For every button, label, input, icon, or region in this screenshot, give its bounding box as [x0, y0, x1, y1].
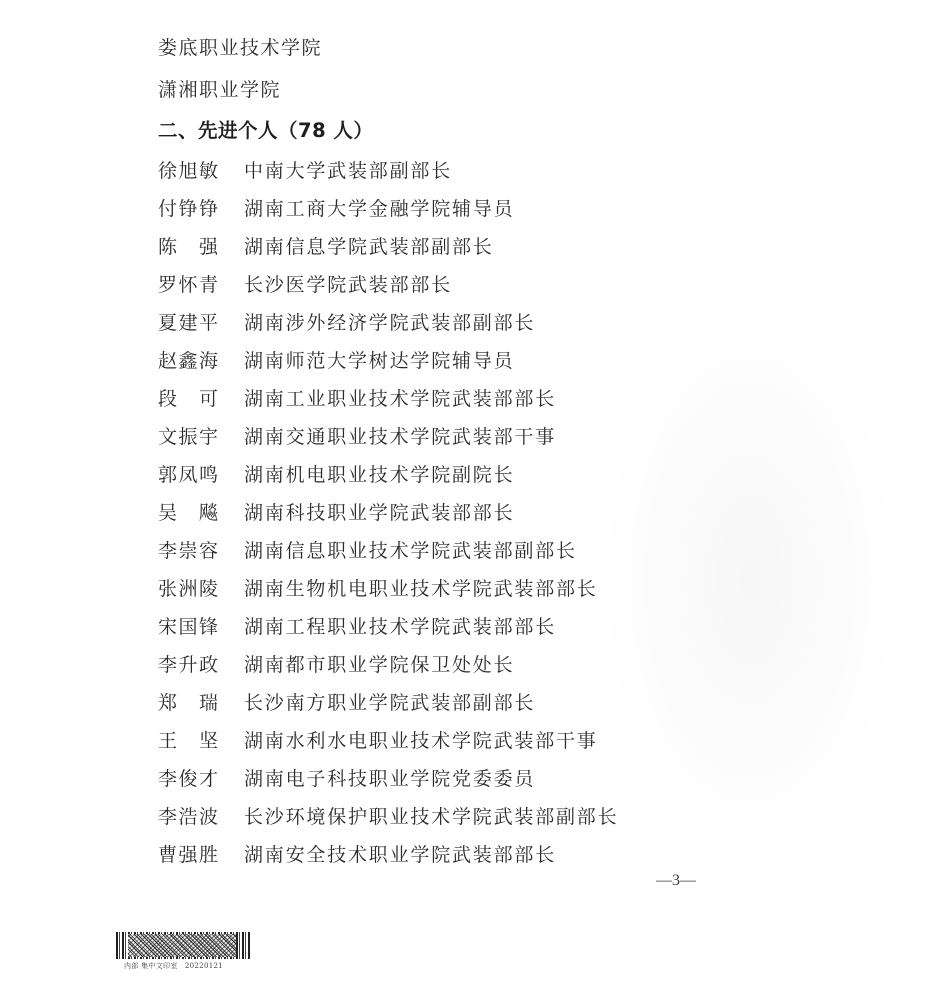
barcode-caption: 内部 集中文印室 20220121 — [124, 961, 223, 971]
list-item: 赵鑫海 湖南师范大学树达学院辅导员 — [158, 349, 514, 373]
list-item: 李浩波 长沙环境保护职业技术学院武装部副部长 — [158, 805, 618, 829]
person-name: 李升政 — [158, 653, 224, 677]
person-title: 湖南信息职业技术学院武装部副部长 — [244, 539, 577, 563]
document-page: 娄底职业技术学院 潇湘职业学院 二、先进个人（78 人） 徐旭敏 中南大学武装部… — [0, 0, 933, 996]
page-number: —3— — [656, 872, 696, 890]
unit-line: 潇湘职业学院 — [158, 78, 281, 102]
list-item: 李升政 湖南都市职业学院保卫处处长 — [158, 653, 514, 677]
scan-texture — [600, 300, 900, 860]
person-name: 郑 瑞 — [158, 691, 224, 715]
list-item: 徐旭敏 中南大学武装部副部长 — [158, 159, 452, 183]
person-name: 李俊才 — [158, 767, 224, 791]
person-title: 湖南水利水电职业技术学院武装部干事 — [244, 729, 598, 753]
person-title: 湖南机电职业技术学院副院长 — [244, 463, 514, 487]
person-name: 徐旭敏 — [158, 159, 224, 183]
person-title: 中南大学武装部副部长 — [244, 159, 452, 183]
person-title: 长沙南方职业学院武装部副部长 — [244, 691, 535, 715]
list-item: 张洲陵 湖南生物机电职业技术学院武装部部长 — [158, 577, 598, 601]
list-item: 吴 飚 湖南科技职业学院武装部部长 — [158, 501, 514, 525]
person-name: 王 坚 — [158, 729, 224, 753]
person-title: 湖南电子科技职业学院党委委员 — [244, 767, 535, 791]
list-item: 李俊才 湖南电子科技职业学院党委委员 — [158, 767, 535, 791]
person-title: 湖南科技职业学院武装部部长 — [244, 501, 514, 525]
person-name: 陈 强 — [158, 235, 224, 259]
list-item: 郭凤鸣 湖南机电职业技术学院副院长 — [158, 463, 514, 487]
person-name: 文振宇 — [158, 425, 224, 449]
person-title: 长沙医学院武装部部长 — [244, 273, 452, 297]
person-title: 湖南工业职业技术学院武装部部长 — [244, 387, 556, 411]
person-name: 夏建平 — [158, 311, 224, 335]
list-item: 文振宇 湖南交通职业技术学院武装部干事 — [158, 425, 556, 449]
person-name: 宋国锋 — [158, 615, 224, 639]
list-item: 郑 瑞 长沙南方职业学院武装部副部长 — [158, 691, 535, 715]
person-title: 湖南工商大学金融学院辅导员 — [244, 197, 514, 221]
person-name: 赵鑫海 — [158, 349, 224, 373]
section-heading: 二、先进个人（78 人） — [158, 119, 373, 143]
list-item: 宋国锋 湖南工程职业技术学院武装部部长 — [158, 615, 556, 639]
list-item: 陈 强 湖南信息学院武装部副部长 — [158, 235, 494, 259]
list-item: 曹强胜 湖南安全技术职业学院武装部部长 — [158, 843, 556, 867]
list-item: 付铮铮 湖南工商大学金融学院辅导员 — [158, 197, 514, 221]
barcode-icon — [116, 932, 250, 959]
person-title: 湖南都市职业学院保卫处处长 — [244, 653, 514, 677]
person-title: 湖南涉外经济学院武装部副部长 — [244, 311, 535, 335]
person-title: 湖南安全技术职业学院武装部部长 — [244, 843, 556, 867]
person-name: 郭凤鸣 — [158, 463, 224, 487]
person-name: 罗怀青 — [158, 273, 224, 297]
person-title: 长沙环境保护职业技术学院武装部副部长 — [244, 805, 618, 829]
person-title: 湖南师范大学树达学院辅导员 — [244, 349, 514, 373]
list-item: 罗怀青 长沙医学院武装部部长 — [158, 273, 452, 297]
person-name: 段 可 — [158, 387, 224, 411]
list-item: 段 可 湖南工业职业技术学院武装部部长 — [158, 387, 556, 411]
person-title: 湖南交通职业技术学院武装部干事 — [244, 425, 556, 449]
person-name: 吴 飚 — [158, 501, 224, 525]
person-name: 付铮铮 — [158, 197, 224, 221]
person-title: 湖南信息学院武装部副部长 — [244, 235, 494, 259]
person-title: 湖南工程职业技术学院武装部部长 — [244, 615, 556, 639]
person-name: 李崇容 — [158, 539, 224, 563]
barcode-pattern — [128, 934, 236, 957]
list-item: 王 坚 湖南水利水电职业技术学院武装部干事 — [158, 729, 598, 753]
person-name: 曹强胜 — [158, 843, 224, 867]
person-title: 湖南生物机电职业技术学院武装部部长 — [244, 577, 598, 601]
person-name: 李浩波 — [158, 805, 224, 829]
list-item: 夏建平 湖南涉外经济学院武装部副部长 — [158, 311, 535, 335]
person-name: 张洲陵 — [158, 577, 224, 601]
unit-line: 娄底职业技术学院 — [158, 36, 322, 60]
list-item: 李崇容 湖南信息职业技术学院武装部副部长 — [158, 539, 577, 563]
